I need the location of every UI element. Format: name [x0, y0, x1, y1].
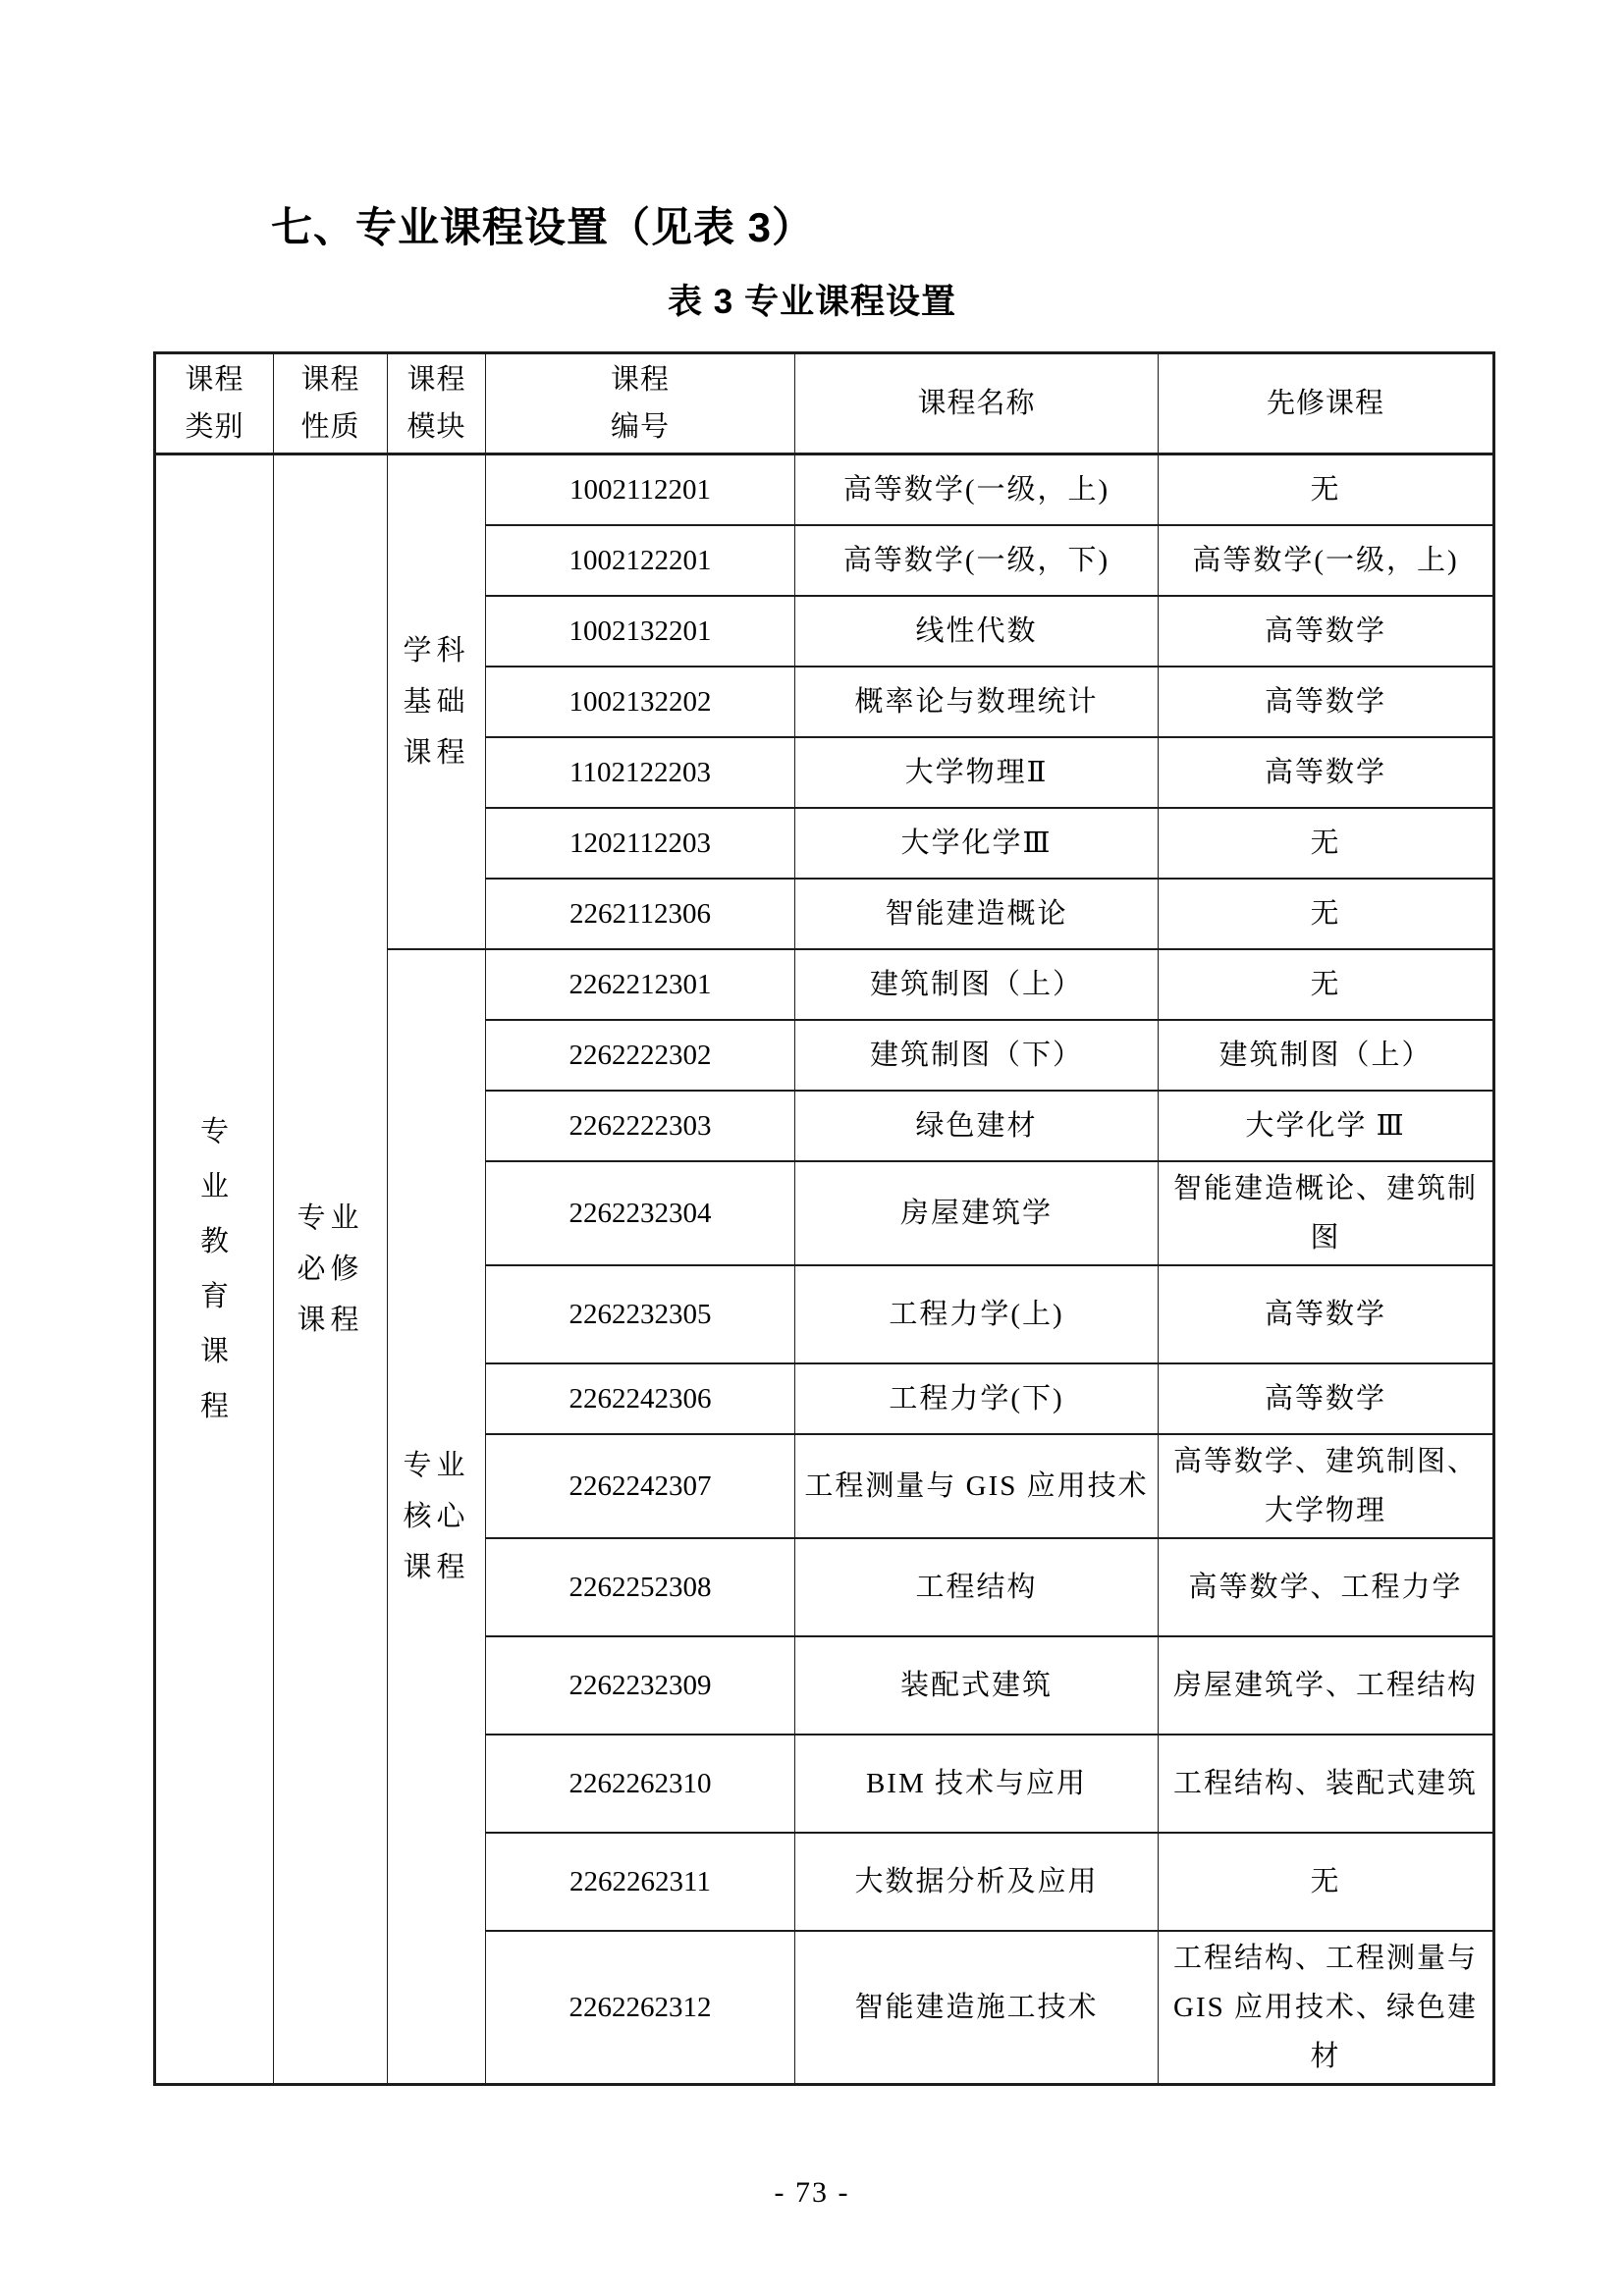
course-name: 建筑制图（下）	[795, 1020, 1159, 1091]
course-prereq: 高等数学	[1159, 737, 1494, 808]
course-prereq: 建筑制图（上）	[1159, 1020, 1494, 1091]
table-caption: 表 3 专业课程设置	[0, 281, 1624, 324]
header-course-category: 课程 类别	[155, 353, 274, 454]
course-prereq: 无	[1159, 949, 1494, 1020]
document-page: 七、专业课程设置（见表 3） 表 3 专业课程设置 课程 类别 课程 性质 课程…	[0, 0, 1624, 2296]
course-name: 大数据分析及应用	[795, 1833, 1159, 1931]
page-number: - 73 -	[0, 2176, 1624, 2210]
course-name: 工程结构	[795, 1538, 1159, 1636]
course-code: 1002132201	[486, 596, 795, 667]
course-name: 智能建造概论	[795, 879, 1159, 949]
category-cell: 专 业 教 育 课 程	[155, 454, 274, 2085]
course-name: 线性代数	[795, 596, 1159, 667]
course-name: 大学化学Ⅲ	[795, 808, 1159, 879]
course-prereq: 高等数学、建筑制图、大学物理	[1159, 1434, 1494, 1538]
course-table: 课程 类别 课程 性质 课程 模块 课程 编号 课程名称 先修课程 专 业 教 …	[153, 351, 1495, 2086]
course-code: 1002112201	[486, 454, 795, 525]
course-prereq: 高等数学	[1159, 1363, 1494, 1434]
course-name: 工程力学(下)	[795, 1363, 1159, 1434]
course-code: 2262262312	[486, 1931, 795, 2085]
table-header-row: 课程 类别 课程 性质 课程 模块 课程 编号 课程名称 先修课程	[155, 353, 1494, 454]
course-prereq: 无	[1159, 879, 1494, 949]
course-name: 高等数学(一级，上)	[795, 454, 1159, 525]
header-course-name: 课程名称	[795, 353, 1159, 454]
course-name: 房屋建筑学	[795, 1161, 1159, 1265]
course-prereq: 高等数学	[1159, 596, 1494, 667]
course-name: 建筑制图（上）	[795, 949, 1159, 1020]
course-prereq: 高等数学(一级，上)	[1159, 525, 1494, 596]
course-code: 2262232305	[486, 1265, 795, 1363]
course-code: 1102122203	[486, 737, 795, 808]
course-code: 2262242307	[486, 1434, 795, 1538]
course-code: 2262232304	[486, 1161, 795, 1265]
section-heading: 七、专业课程设置（见表 3）	[0, 0, 1624, 257]
module-cell-basic: 学科 基础 课程	[388, 454, 486, 949]
module-cell-core: 专业 核心 课程	[388, 949, 486, 2085]
header-prereq: 先修课程	[1159, 353, 1494, 454]
course-code: 2262252308	[486, 1538, 795, 1636]
header-course-code: 课程 编号	[486, 353, 795, 454]
course-name: 装配式建筑	[795, 1636, 1159, 1735]
course-code: 2262232309	[486, 1636, 795, 1735]
course-name: 智能建造施工技术	[795, 1931, 1159, 2085]
course-prereq: 高等数学、工程力学	[1159, 1538, 1494, 1636]
course-code: 2262262311	[486, 1833, 795, 1931]
course-name: BIM 技术与应用	[795, 1735, 1159, 1833]
course-code: 2262212301	[486, 949, 795, 1020]
nature-cell: 专业 必修 课程	[274, 454, 388, 2085]
table-row: 专 业 教 育 课 程 专业 必修 课程 学科 基础 课程 1002112201…	[155, 454, 1494, 525]
course-prereq: 无	[1159, 1833, 1494, 1931]
course-prereq: 房屋建筑学、工程结构	[1159, 1636, 1494, 1735]
course-prereq: 无	[1159, 454, 1494, 525]
course-prereq: 高等数学	[1159, 667, 1494, 737]
course-code: 2262112306	[486, 879, 795, 949]
course-prereq: 无	[1159, 808, 1494, 879]
course-name: 绿色建材	[795, 1091, 1159, 1161]
course-prereq: 智能建造概论、建筑制图	[1159, 1161, 1494, 1265]
course-name: 工程力学(上)	[795, 1265, 1159, 1363]
course-prereq: 高等数学	[1159, 1265, 1494, 1363]
header-course-module: 课程 模块	[388, 353, 486, 454]
course-prereq: 大学化学 Ⅲ	[1159, 1091, 1494, 1161]
course-code: 2262262310	[486, 1735, 795, 1833]
course-prereq: 工程结构、工程测量与 GIS 应用技术、绿色建材	[1159, 1931, 1494, 2085]
course-code: 2262242306	[486, 1363, 795, 1434]
course-name: 高等数学(一级，下)	[795, 525, 1159, 596]
header-course-nature: 课程 性质	[274, 353, 388, 454]
course-name: 工程测量与 GIS 应用技术	[795, 1434, 1159, 1538]
course-code: 1202112203	[486, 808, 795, 879]
course-name: 大学物理Ⅱ	[795, 737, 1159, 808]
course-name: 概率论与数理统计	[795, 667, 1159, 737]
course-code: 1002122201	[486, 525, 795, 596]
course-code: 2262222303	[486, 1091, 795, 1161]
course-prereq: 工程结构、装配式建筑	[1159, 1735, 1494, 1833]
course-code: 1002132202	[486, 667, 795, 737]
course-code: 2262222302	[486, 1020, 795, 1091]
